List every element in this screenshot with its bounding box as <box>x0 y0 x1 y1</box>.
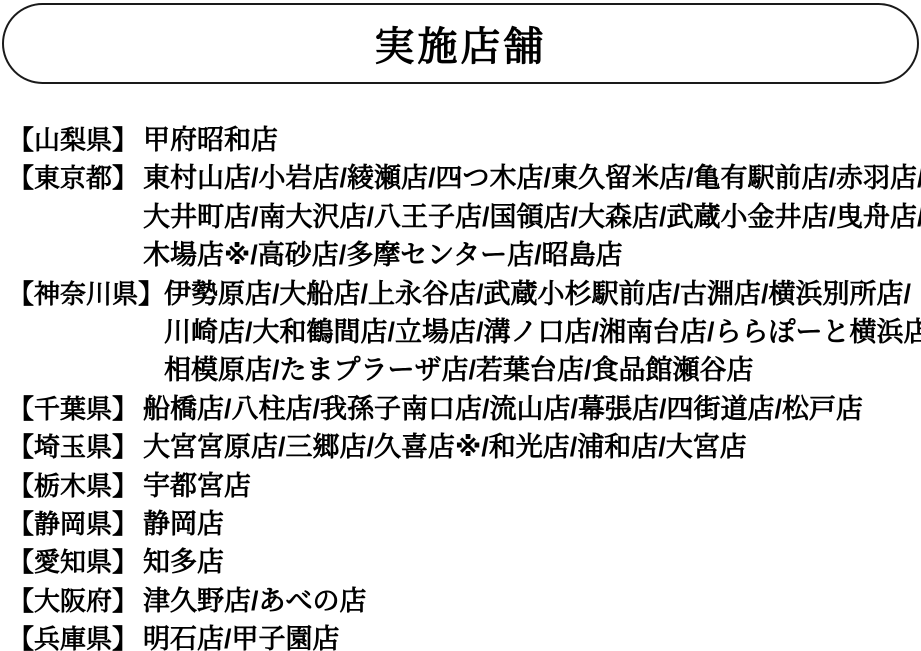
store-line: 木場店※/高砂店/多摩センター店/昭島店 <box>143 236 921 274</box>
prefecture-row: 【千葉県】 船橋店/八柱店/我孫子南口店/流山店/幕張店/四街道店/松戸店 <box>8 390 916 428</box>
prefecture-label: 【東京都】 <box>8 159 143 197</box>
store-names: 知多店 <box>143 543 916 581</box>
store-line: 大宮宮原店/三郷店/久喜店※/和光店/浦和店/大宮店 <box>143 428 916 466</box>
prefecture-row: 【兵庫県】 明石店/甲子園店 <box>8 620 916 651</box>
store-line: 知多店 <box>143 543 916 581</box>
store-line: 伊勢原店/大船店/上永谷店/武蔵小杉駅前店/古淵店/横浜別所店/ <box>164 275 921 313</box>
store-line: 大井町店/南大沢店/八王子店/国領店/大森店/武蔵小金井店/曳舟店/ <box>143 198 921 236</box>
store-line: 宇都宮店 <box>143 467 916 505</box>
prefecture-label: 【千葉県】 <box>8 390 143 428</box>
store-names: 東村山店/小岩店/綾瀬店/四つ木店/東久留米店/亀有駅前店/赤羽店/大井町店/南… <box>143 159 921 274</box>
store-names: 津久野店/あべの店 <box>143 582 916 620</box>
prefecture-row: 【神奈川県】 伊勢原店/大船店/上永谷店/武蔵小杉駅前店/古淵店/横浜別所店/川… <box>8 275 916 390</box>
store-names: 伊勢原店/大船店/上永谷店/武蔵小杉駅前店/古淵店/横浜別所店/川崎店/大和鶴間… <box>164 275 921 390</box>
store-line: 静岡店 <box>143 505 916 543</box>
store-line: 東村山店/小岩店/綾瀬店/四つ木店/東久留米店/亀有駅前店/赤羽店/ <box>143 159 921 197</box>
prefecture-label: 【兵庫県】 <box>8 620 143 651</box>
prefecture-label: 【大阪府】 <box>8 582 143 620</box>
prefecture-row: 【大阪府】 津久野店/あべの店 <box>8 582 916 620</box>
prefecture-row: 【静岡県】 静岡店 <box>8 505 916 543</box>
page-title: 実施店舗 <box>375 15 547 72</box>
prefecture-label: 【埼玉県】 <box>8 428 143 466</box>
prefecture-label: 【山梨県】 <box>8 121 143 159</box>
store-names: 船橋店/八柱店/我孫子南口店/流山店/幕張店/四街道店/松戸店 <box>143 390 916 428</box>
store-line: 津久野店/あべの店 <box>143 582 916 620</box>
store-names: 明石店/甲子園店 <box>143 620 916 651</box>
prefecture-label: 【静岡県】 <box>8 505 143 543</box>
store-names: 静岡店 <box>143 505 916 543</box>
store-line: 甲府昭和店 <box>143 121 916 159</box>
title-banner: 実施店舗 <box>2 3 919 84</box>
prefecture-row: 【愛知県】 知多店 <box>8 543 916 581</box>
store-line: 川崎店/大和鶴間店/立場店/溝ノ口店/湘南台店/ららぽーと横浜店/ <box>164 313 921 351</box>
store-names: 宇都宮店 <box>143 467 916 505</box>
store-line: 相模原店/たまプラーザ店/若葉台店/食品館瀬谷店 <box>164 351 921 389</box>
store-line: 船橋店/八柱店/我孫子南口店/流山店/幕張店/四街道店/松戸店 <box>143 390 916 428</box>
prefecture-label: 【神奈川県】 <box>8 275 164 313</box>
prefecture-row: 【東京都】 東村山店/小岩店/綾瀬店/四つ木店/東久留米店/亀有駅前店/赤羽店/… <box>8 159 916 274</box>
prefecture-row: 【山梨県】 甲府昭和店 <box>8 121 916 159</box>
prefecture-store-list: 【山梨県】 甲府昭和店 【東京都】 東村山店/小岩店/綾瀬店/四つ木店/東久留米… <box>8 121 916 651</box>
prefecture-label: 【愛知県】 <box>8 543 143 581</box>
prefecture-label: 【栃木県】 <box>8 467 143 505</box>
store-line: 明石店/甲子園店 <box>143 620 916 651</box>
store-names: 甲府昭和店 <box>143 121 916 159</box>
prefecture-row: 【栃木県】 宇都宮店 <box>8 467 916 505</box>
store-names: 大宮宮原店/三郷店/久喜店※/和光店/浦和店/大宮店 <box>143 428 916 466</box>
prefecture-row: 【埼玉県】 大宮宮原店/三郷店/久喜店※/和光店/浦和店/大宮店 <box>8 428 916 466</box>
